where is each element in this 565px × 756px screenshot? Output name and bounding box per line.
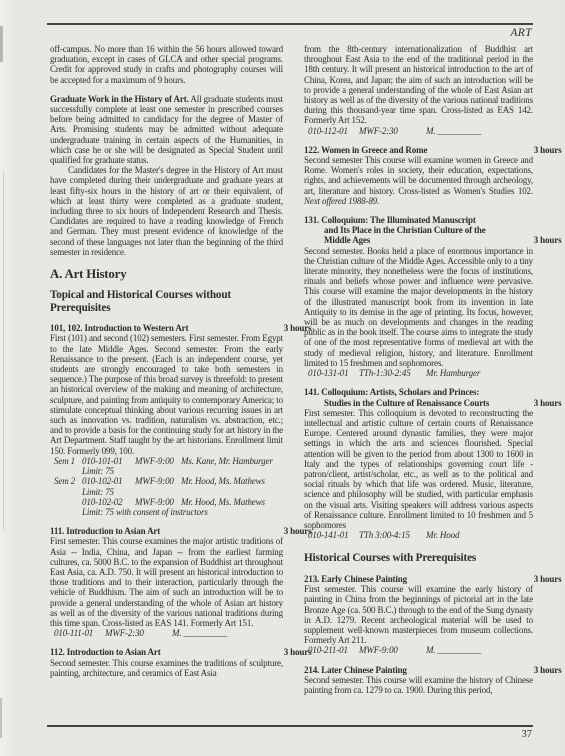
course-101-102: 101, 102. Introduction to Western Art3 h… [50, 323, 283, 517]
subsection-heading-topical: Topical and Historical Courses without P… [50, 289, 283, 314]
schedule-line: 010-102-02MWF-9:00Mr. Hood, Ms. Mathews [50, 497, 283, 507]
course-description: Second semester. Books held a place of e… [304, 246, 533, 368]
course-description: First semester. This colloquium is devot… [304, 408, 533, 530]
course-131: 131. Colloquium: The Illuminated Manuscr… [304, 215, 533, 378]
course-description: First semester. This course will examine… [304, 584, 533, 645]
schedule-code: 010-112-01 [308, 126, 359, 136]
course-description: Second semester. This course will examin… [304, 675, 533, 695]
running-head: ART [510, 27, 532, 39]
right-column: from the 8th-century internationalizatio… [304, 44, 533, 695]
schedule-sem [54, 466, 82, 476]
schedule-code: 010-131-01 [308, 368, 359, 378]
schedule-instructor: M. __________ [426, 126, 533, 136]
schedule-instructor: Mr. Hood [426, 530, 533, 540]
schedule-instructor: M. __________ [172, 628, 283, 638]
course-title-text: 122. Women in Greece and Rome [304, 145, 427, 155]
schedule-note: Limit: 75 with consent of instructors [82, 507, 283, 517]
course-122: 122. Women in Greece and Rome3 hours Sec… [304, 145, 533, 206]
course-hours: 3 hours [554, 145, 565, 155]
course-title-text: 213. Early Chinese Painting [304, 574, 407, 584]
course-title-text: 112. Introduction to Asian Art [50, 647, 161, 657]
schedule-note: Limit: 75 [82, 487, 283, 497]
course-hours: 3 hours [554, 235, 565, 245]
schedule-sem: Sem 2 [54, 476, 82, 486]
schedule-sem [54, 497, 82, 507]
schedule-line: Limit: 75 [50, 466, 283, 476]
schedule-sem [54, 487, 82, 497]
schedule-time: MWF-9:00 [135, 476, 181, 486]
schedule-instructor: Ms. Kane, Mr. Hamburger [181, 456, 283, 466]
schedule-line: Limit: 75 [50, 487, 283, 497]
course-title: 111. Introduction to Asian Art3 hours [50, 526, 283, 536]
schedule-line: 010-211-01MWF-9:00M. __________ [304, 645, 533, 655]
course-description: First (101) and second (102) semesters. … [50, 333, 283, 455]
course-description-text: Second semester This course will examine… [304, 155, 533, 196]
bottom-rule [47, 725, 533, 727]
schedule-instructor: Mr. Hood, Ms. Mathews [181, 476, 283, 486]
scan-edge-artifact [0, 26, 3, 62]
course-description: Second semester This course will examine… [304, 155, 533, 206]
course-213: 213. Early Chinese Painting3 hours First… [304, 574, 533, 656]
catalog-page: ART off-campus. No more than 16 within t… [0, 0, 565, 756]
course-description: Second semester. This course examines th… [50, 658, 283, 678]
schedule-time: MWF-9:00 [359, 645, 426, 655]
schedule-instructor: M. __________ [426, 645, 533, 655]
schedule-code: 010-141-01 [308, 530, 359, 540]
course-111: 111. Introduction to Asian Art3 hours Fi… [50, 526, 283, 638]
schedule-time: TTh-1:30-2:45 [359, 368, 426, 378]
scan-edge-artifact [3, 170, 4, 530]
course-title-text: 111. Introduction to Asian Art [50, 526, 160, 536]
next-offered-note: Next offered 1988-89. [304, 196, 379, 206]
course-hours: 3 hours [554, 665, 565, 675]
course-141: 141. Colloquium: Artists, Scholars and P… [304, 387, 533, 540]
schedule-instructor: Mr. Hood, Ms. Mathews [181, 497, 283, 507]
schedule-note: Limit: 75 [82, 466, 283, 476]
top-rule [47, 23, 533, 25]
paragraph-candidates: Candidates for the Master's degree in th… [50, 165, 283, 257]
schedule-line: 010-111-01MWF-2:30M. __________ [50, 628, 283, 638]
paragraph-offcampus: off-campus. No more than 16 within the 5… [50, 44, 283, 85]
schedule-line: Sem 1010-101-01MWF-9:00Ms. Kane, Mr. Ham… [50, 456, 283, 466]
course-title-text: 141. Colloquium: Artists, Scholars and P… [304, 387, 489, 407]
course-title-text: 131. Colloquium: The Illuminated Manuscr… [304, 215, 486, 245]
schedule-time: TTh 3:00-4:15 [359, 530, 426, 540]
schedule-line: 010-141-01TTh 3:00-4:15Mr. Hood [304, 530, 533, 540]
course-title: 131. Colloquium: The Illuminated Manuscr… [304, 215, 533, 246]
course-112: 112. Introduction to Asian Art3 hours Se… [50, 647, 283, 678]
course-title-text: 214. Later Chinese Painting [304, 665, 407, 675]
schedule-time: MWF-2:30 [105, 628, 172, 638]
course-title: 101, 102. Introduction to Western Art3 h… [50, 323, 283, 333]
schedule-instructor: Mr. Hamburger [426, 368, 533, 378]
page-number: 37 [522, 729, 533, 740]
schedule-code: 010-102-02 [82, 497, 135, 507]
schedule-code: 010-101-01 [82, 456, 135, 466]
schedule-sem [54, 507, 82, 517]
schedule-sem: Sem 1 [54, 456, 82, 466]
schedule-code: 010-102-01 [82, 476, 135, 486]
course-112-continuation: from the 8th-century internationalizatio… [304, 44, 533, 136]
course-214: 214. Later Chinese Painting3 hours Secon… [304, 665, 533, 696]
course-hours: 3 hours [554, 574, 565, 584]
schedule-line: Limit: 75 with consent of instructors [50, 507, 283, 517]
course-title: 122. Women in Greece and Rome3 hours [304, 145, 533, 155]
course-description: First semester. This course examines the… [50, 536, 283, 628]
schedule-time: MWF-2:30 [359, 126, 426, 136]
course-title: 214. Later Chinese Painting3 hours [304, 665, 533, 675]
schedule-line: Sem 2010-102-01MWF-9:00Mr. Hood, Ms. Mat… [50, 476, 283, 486]
course-title-text: 101, 102. Introduction to Western Art [50, 323, 188, 333]
paragraph-text: All graduate students must successfully … [50, 94, 283, 165]
course-hours: 3 hours [554, 398, 565, 408]
course-title: 213. Early Chinese Painting3 hours [304, 574, 533, 584]
section-heading-art-history: A. Art History [50, 267, 283, 281]
schedule-line: 010-131-01TTh-1:30-2:45Mr. Hamburger [304, 368, 533, 378]
paragraph-graduate-work: Graduate Work in the History of Art. All… [50, 94, 283, 165]
left-column: off-campus. No more than 16 within the 5… [50, 44, 283, 678]
schedule-code: 010-111-01 [54, 628, 105, 638]
schedule-time: MWF-9:00 [135, 456, 181, 466]
course-title: 112. Introduction to Asian Art3 hours [50, 647, 283, 657]
course-description-continuation: from the 8th-century internationalizatio… [304, 44, 533, 126]
subsection-heading-historical: Historical Courses with Prerequisites [304, 552, 533, 565]
scan-edge-artifact [0, 698, 2, 738]
schedule-time: MWF-9:00 [135, 497, 181, 507]
schedule-line: 010-112-01MWF-2:30M. __________ [304, 126, 533, 136]
schedule-code: 010-211-01 [308, 645, 359, 655]
course-title: 141. Colloquium: Artists, Scholars and P… [304, 387, 533, 407]
paragraph-lead: Graduate Work in the History of Art. [50, 94, 189, 104]
